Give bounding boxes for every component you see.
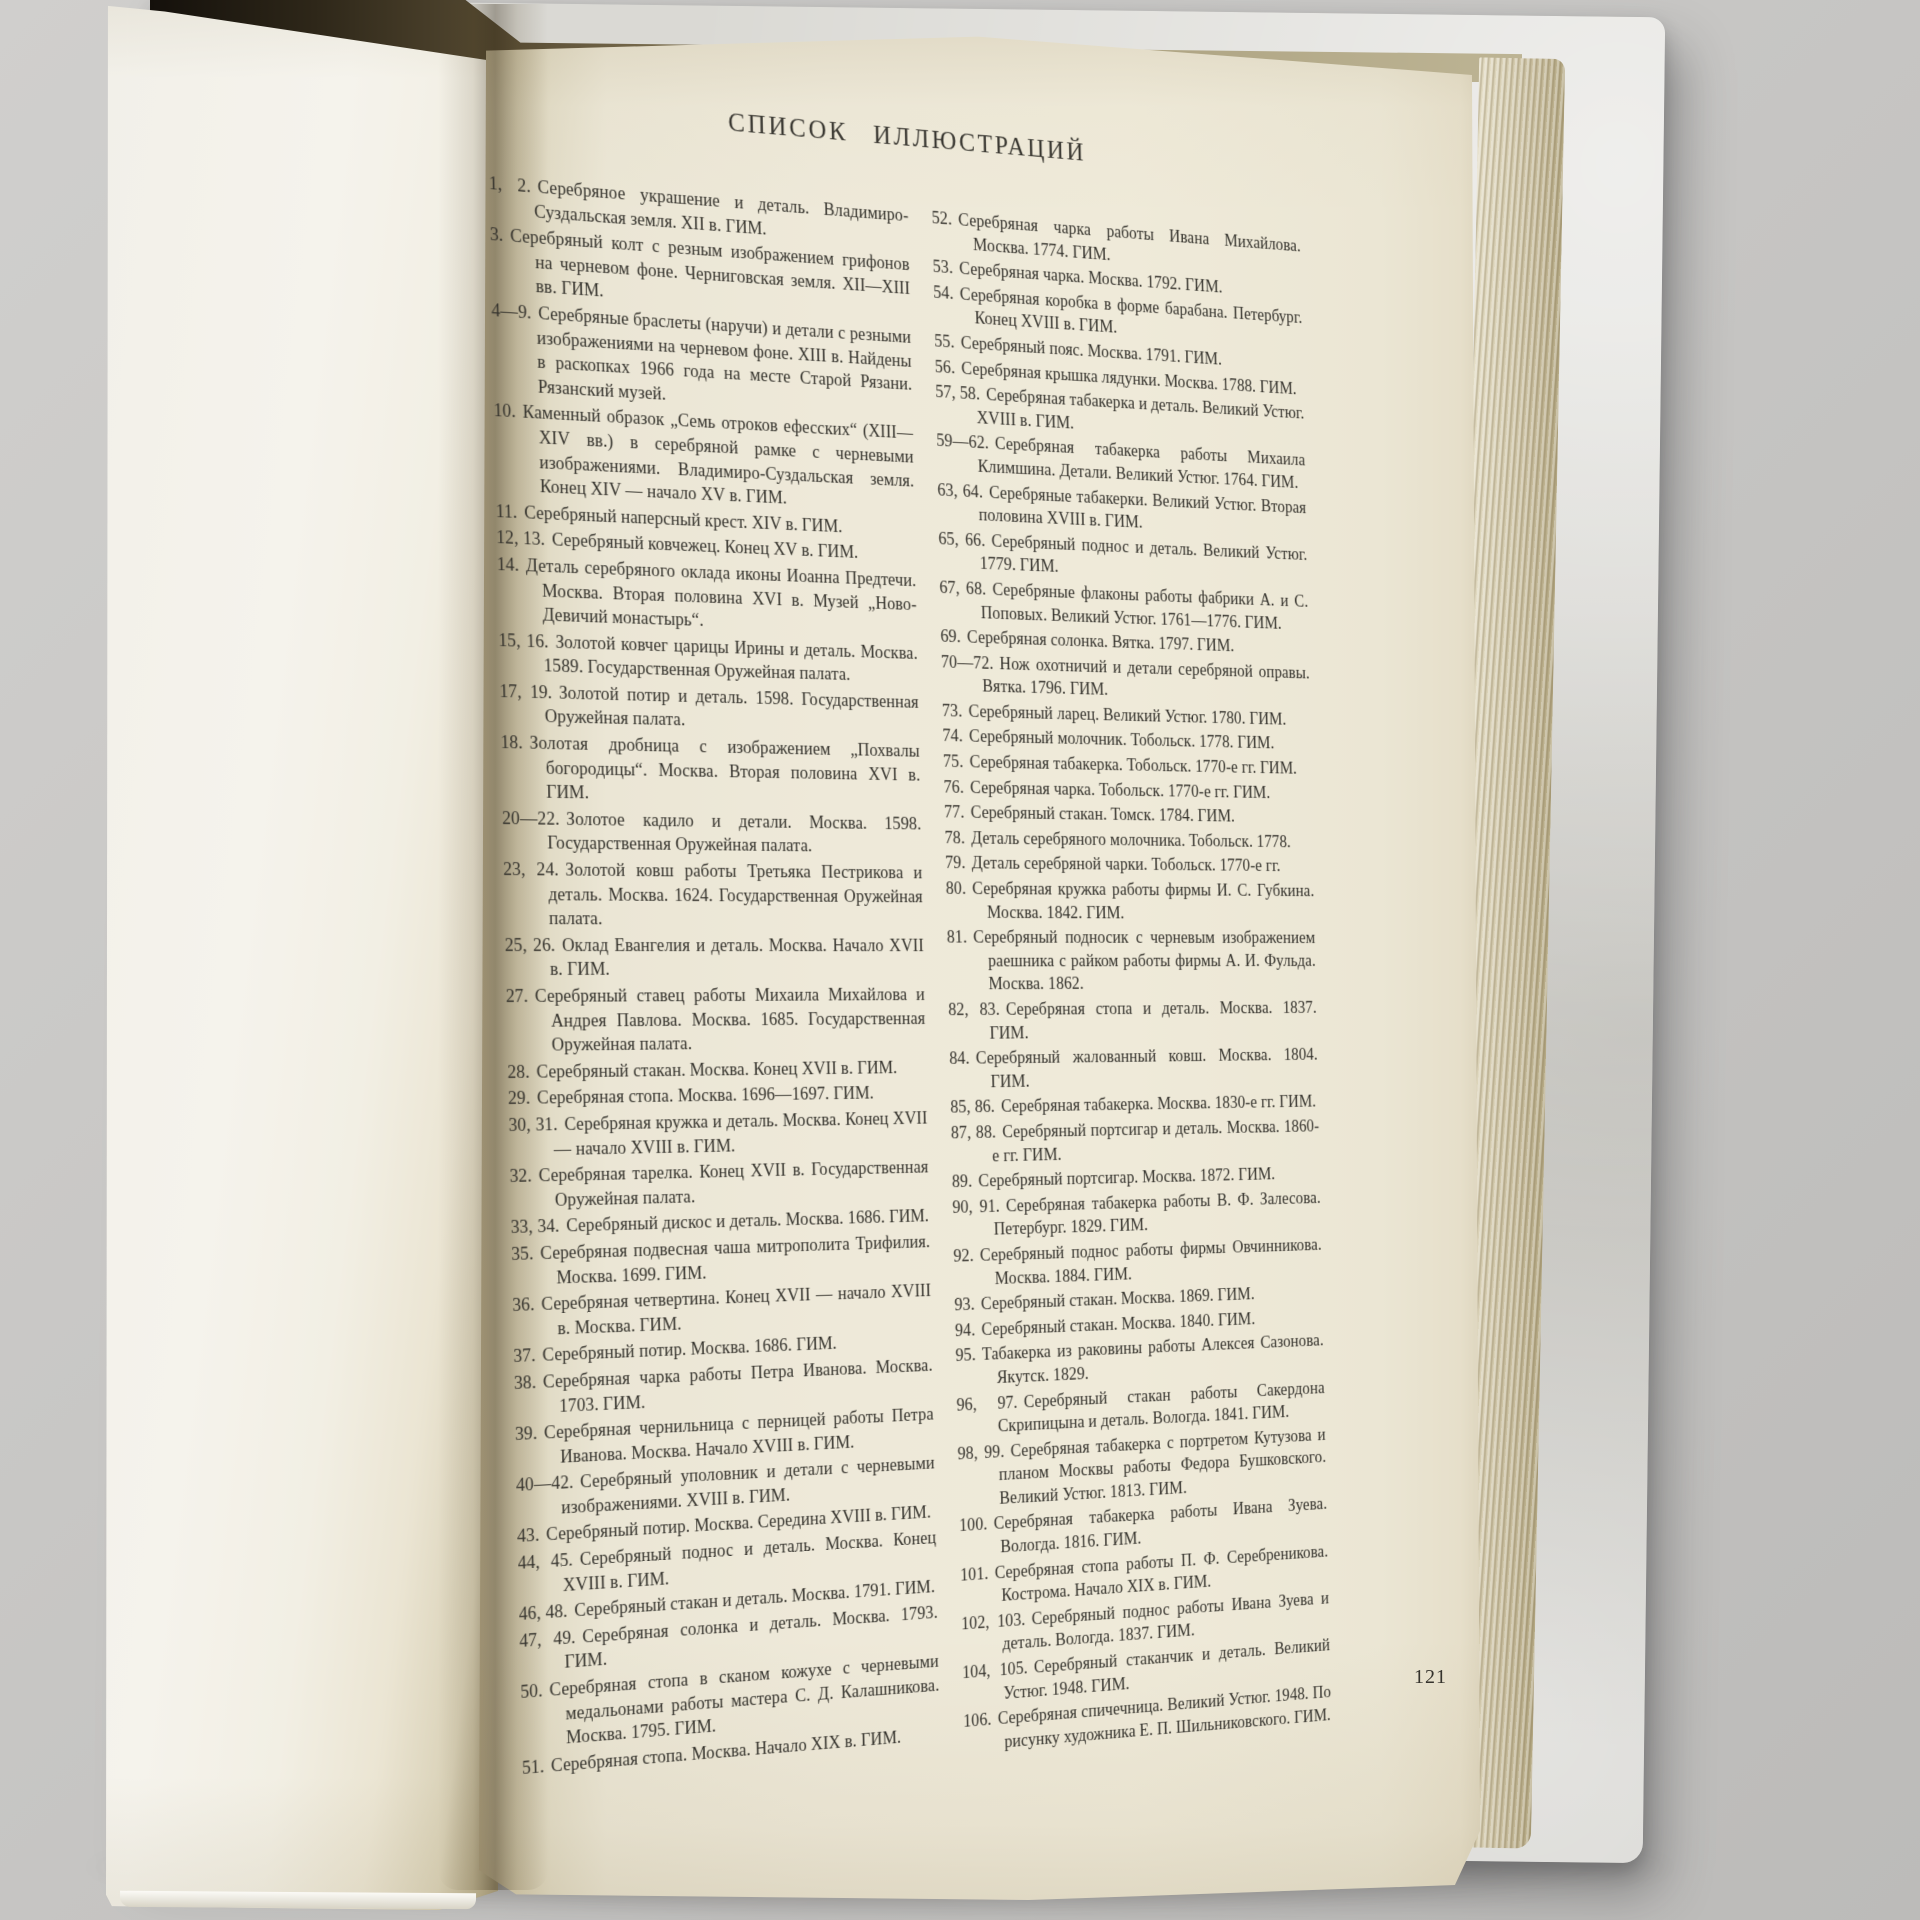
illustration-entry: 77.Серебряный стакан. Томск. 1784. ГИМ. (944, 800, 1313, 829)
left-column: 1, 2.Серебряное украшение и деталь. Влад… (489, 171, 941, 1796)
entry-text: Серебряный ставец работы Михаила Михайло… (535, 985, 926, 1055)
entry-number: 50. (520, 1680, 543, 1702)
entry-number: 80. (946, 879, 967, 898)
entry-number: 59—62. (936, 431, 989, 453)
entry-number: 65, 66. (938, 529, 985, 550)
entry-text: Нож охотничий и детали серебряной оправы… (982, 654, 1310, 699)
illustration-entry: 76.Серебряная чарка. Тобольск. 1770-е гг… (943, 775, 1312, 805)
illustration-entry: 23, 24.Золотой ковш работы Третьяка Пест… (503, 857, 923, 932)
entry-number: 27. (506, 986, 529, 1006)
entry-text: Серебряная чарка работы Ивана Михайлова.… (958, 210, 1301, 264)
page-content: СПИСОК ИЛЛЮСТРАЦИЙ 1, 2.Серебряное украш… (486, 44, 1333, 1864)
entry-text: Серебряный ларец. Великий Устюг. 1780. Г… (968, 701, 1286, 728)
entry-number: 81. (947, 927, 968, 946)
illustration-columns: 1, 2.Серебряное украшение и деталь. Влад… (489, 171, 1332, 1796)
entry-text: Серебряная чарка. Тобольск. 1770-е гг. Г… (970, 777, 1270, 801)
illustration-entry: 25, 26.Оклад Евангелия и деталь. Москва.… (505, 933, 925, 982)
entry-text: Серебряная кружка работы фирмы И. С. Губ… (972, 879, 1314, 922)
entry-text: Золотой ковчег царицы Ирины и деталь. Мо… (543, 632, 917, 685)
illustration-entry: 32.Серебряная тарелка. Конец XVII в. Гос… (509, 1155, 929, 1213)
entry-number: 63, 64. (937, 480, 983, 501)
entry-text: Серебряная табакерка. Москва. 1830-е гг.… (1001, 1092, 1316, 1116)
left-page-bottom-edge (120, 1891, 476, 1909)
illustration-entry: 70—72.Нож охотничий и детали серебряной … (941, 650, 1311, 707)
entry-number: 12, 13. (496, 527, 545, 549)
entry-number: 11. (496, 501, 518, 522)
entry-text: Серебряная табакерка. Тобольск. 1770-е г… (969, 752, 1297, 777)
entry-number: 101. (960, 1563, 989, 1584)
entry-number: 93. (954, 1294, 975, 1314)
entry-number: 20—22. (502, 808, 560, 829)
entry-number: 15, 16. (498, 630, 549, 652)
entry-number: 75. (943, 752, 964, 772)
entry-number: 78. (945, 828, 966, 847)
page-number: 121 (1414, 1666, 1447, 1689)
entry-text: Золотая дробница с изображением „Похвалы… (529, 733, 920, 803)
entry-number: 23, 24. (503, 859, 559, 879)
entry-number: 51. (522, 1756, 545, 1778)
entry-number: 35. (511, 1243, 534, 1264)
entry-number: 25, 26. (505, 935, 556, 955)
right-column: 52.Серебряная чарка работы Ивана Михайло… (931, 206, 1331, 1759)
illustration-entry: 82, 83.Серебряная стопа и деталь. Москва… (948, 996, 1317, 1045)
entry-text: Золотой ковш работы Третьяка Пестрикова … (548, 860, 923, 929)
entry-number: 44, 45. (518, 1550, 574, 1573)
entry-number: 40—42. (516, 1472, 574, 1495)
entry-number: 100. (959, 1515, 988, 1536)
entry-number: 94. (955, 1320, 976, 1340)
entry-text: Серебряная подвесная чаша митрополита Тр… (540, 1232, 930, 1287)
entry-number: 89. (952, 1172, 973, 1192)
entry-number: 76. (943, 777, 964, 796)
entry-number: 14. (497, 554, 520, 575)
entry-text: Оклад Евангелия и деталь. Москва. Начало… (550, 935, 924, 979)
illustration-entry: 87, 88.Серебряный портсигар и деталь. Мо… (951, 1115, 1320, 1168)
entry-number: 37. (513, 1345, 536, 1366)
entry-number: 73. (942, 701, 963, 721)
entry-text: Серебряный портсигар и деталь. Москва. 1… (992, 1117, 1319, 1165)
entry-number: 38. (514, 1372, 537, 1393)
entry-text: Серебряная кружка и деталь. Москва. Коне… (554, 1108, 928, 1158)
entry-number: 18. (500, 732, 523, 752)
illustration-entry: 27.Серебряный ставец работы Михаила Миха… (506, 983, 926, 1058)
entry-number: 39. (515, 1423, 538, 1444)
illustration-entry: 14.Деталь серебряного оклада иконы Иоанн… (497, 552, 918, 640)
entry-text: Серебряный стакан. Москва. Конец XVII в.… (536, 1058, 897, 1082)
entry-number: 87, 88. (951, 1122, 997, 1142)
entry-text: Золотое кадило и детали. Москва. 1598. Г… (547, 809, 921, 856)
entry-number: 36. (512, 1294, 535, 1315)
entry-number: 85, 86. (950, 1097, 995, 1117)
entry-number: 17, 19. (499, 681, 552, 702)
entry-text: Серебряный жалованный ковш. Москва. 1804… (976, 1045, 1318, 1091)
entry-number: 96, 97. (956, 1392, 1017, 1414)
entry-number: 30, 31. (508, 1114, 557, 1135)
entry-number: 55. (934, 331, 955, 351)
entry-number: 29. (508, 1088, 531, 1108)
entry-text: Серебряная стопа и деталь. Москва. 1837.… (989, 998, 1316, 1042)
entry-text: Серебряный стакан. Томск. 1784. ГИМ. (970, 803, 1235, 826)
entry-text: Серебряный подносик с черневым изображен… (973, 928, 1316, 994)
entry-number: 10. (493, 400, 516, 421)
illustration-entry: 81.Серебряный подносик с черневым изобра… (947, 926, 1317, 996)
entry-text: Серебряный портсигар. Москва. 1872. ГИМ. (978, 1165, 1275, 1191)
entry-text: Деталь серебряного оклада иконы Иоанна П… (526, 555, 917, 630)
entry-number: 32. (509, 1166, 532, 1186)
entry-number: 46, 48. (519, 1601, 568, 1624)
entry-text: Деталь серебряной чарки. Тобольск. 1770-… (972, 853, 1281, 875)
entry-number: 92. (953, 1246, 974, 1266)
entry-text: Деталь серебряного молочника. Тобольск. … (971, 828, 1291, 851)
entry-number: 67, 68. (939, 577, 986, 598)
entry-number: 56. (935, 356, 956, 376)
entry-number: 84. (949, 1049, 970, 1068)
entry-text: Серебряная тарелка. Конец XVII в. Госуда… (538, 1157, 928, 1209)
entry-number: 98, 99. (957, 1441, 1004, 1463)
entry-number: 70—72. (941, 652, 994, 673)
illustration-entry: 20—22.Золотое кадило и детали. Москва. 1… (502, 806, 922, 859)
entry-text: Серебряный молочник. Тобольск. 1778. ГИМ… (969, 727, 1275, 753)
entry-number: 69. (940, 626, 961, 646)
entry-number: 74. (942, 726, 963, 746)
entry-number: 43. (517, 1525, 540, 1546)
entry-number: 57, 58. (935, 382, 980, 404)
entry-number: 53. (933, 257, 954, 278)
illustration-entry: 30, 31.Серебряная кружка и деталь. Москв… (508, 1106, 928, 1162)
entry-number: 4—9. (491, 300, 531, 323)
entry-number: 82, 83. (948, 1000, 1000, 1019)
entry-text: Серебряный поднос работы фирмы Овчиннико… (980, 1235, 1322, 1288)
entry-number: 77. (944, 802, 965, 821)
entry-number: 90, 91. (952, 1196, 1000, 1216)
illustration-entry: 28.Серебряный стакан. Москва. Конец XVII… (507, 1055, 926, 1084)
illustration-entry: 17, 19.Золотой потир и деталь. 1598. Гос… (499, 679, 919, 738)
illustration-entry: 80.Серебряная кружка работы фирмы И. С. … (946, 877, 1315, 925)
entry-number: 102, 103. (961, 1610, 1026, 1634)
entry-number: 47, 49. (519, 1627, 576, 1651)
entry-text: Серебряные флаконы работы фабрики А. и С… (981, 580, 1309, 633)
illustration-entry: 78.Деталь серебряного молочника. Тобольс… (944, 826, 1313, 854)
entry-number: 33, 34. (511, 1216, 560, 1237)
entry-text: Серебряная стопа. Москва. 1696—1697. ГИМ… (537, 1083, 874, 1108)
entry-text: Серебряная табакерка работы В. Ф. Залесо… (994, 1188, 1321, 1239)
entry-number: 106. (963, 1710, 992, 1731)
entry-number: 28. (507, 1062, 530, 1082)
entry-number: 95. (955, 1345, 976, 1365)
illustration-entry: 18.Золотая дробница с изображением „Похв… (500, 730, 921, 810)
entry-text: Каменный образок „Семь отроков ефесских“… (522, 402, 914, 508)
entry-number: 104, 105. (962, 1658, 1028, 1682)
entry-number: 52. (932, 208, 953, 229)
illustration-entry: 79.Деталь серебряной чарки. Тобольск. 17… (945, 851, 1314, 878)
entry-number: 54. (933, 282, 954, 303)
entry-number: 1, 2. (489, 173, 531, 196)
illustration-entry: 84.Серебряный жалованный ковш. Москва. 1… (949, 1043, 1318, 1094)
entry-number: 3. (490, 224, 504, 245)
entry-text: Золотой потир и деталь. 1598. Государств… (545, 683, 919, 730)
entry-number: 79. (945, 853, 966, 872)
